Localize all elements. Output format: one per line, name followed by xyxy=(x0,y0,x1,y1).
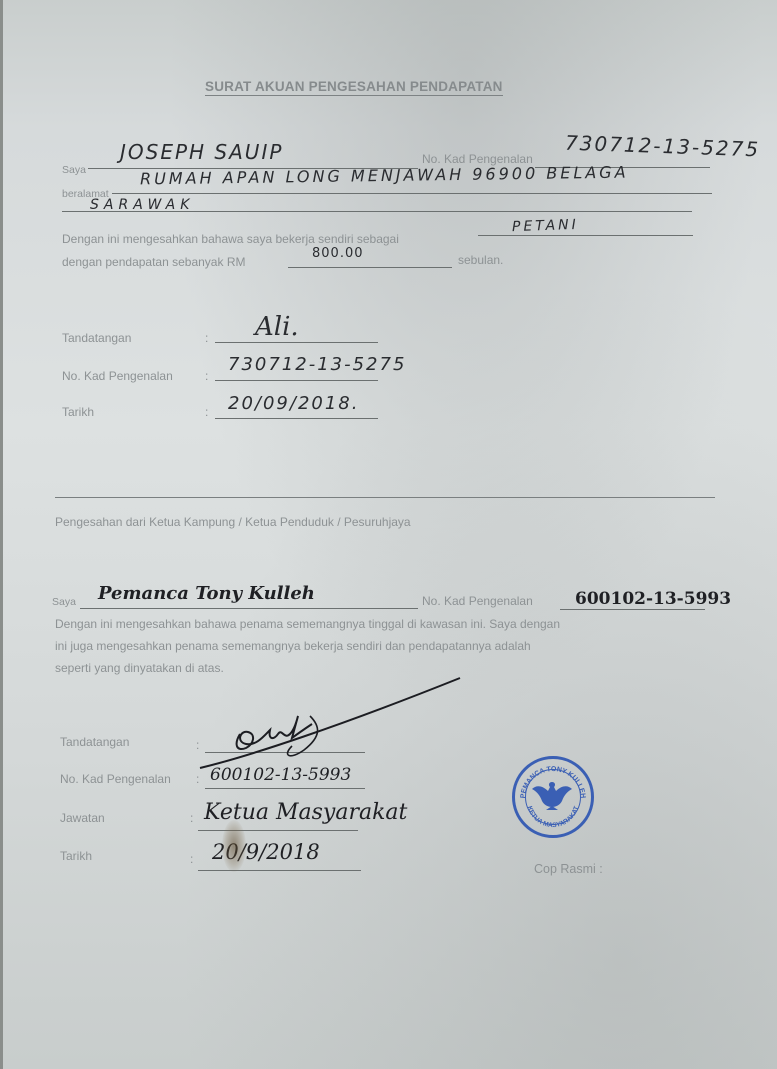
occupation-field[interactable]: PETANI xyxy=(512,217,579,235)
applicant-ic-field[interactable]: 730712-13-5275 xyxy=(565,131,761,162)
verifier-date-line xyxy=(198,870,361,871)
verification-heading: Pengesahan dari Ketua Kampung / Ketua Pe… xyxy=(55,515,411,529)
applicant-date-field[interactable]: 20/09/2018. xyxy=(228,393,359,414)
verifier-saya-label: Saya xyxy=(52,596,76,608)
document-title: SURAT AKUAN PENGESAHAN PENDAPATAN xyxy=(205,79,503,96)
ic-label-2: No. Kad Pengenalan xyxy=(62,369,173,383)
position-line xyxy=(198,830,358,831)
verifier-name-line xyxy=(80,608,418,609)
paper-stain xyxy=(222,820,246,872)
stamp-inner-ring xyxy=(525,769,581,825)
verifier-ic-line xyxy=(560,609,705,610)
colon: : xyxy=(190,852,193,866)
income-line xyxy=(288,267,452,268)
verifier-name-field[interactable]: Pemanca Tony Kulleh xyxy=(98,583,315,604)
official-stamp: PEMANCA TONY KULLEH KETUA MASYARAKAT xyxy=(512,756,594,838)
date-line xyxy=(215,418,378,419)
verifier-ic-line-2 xyxy=(205,788,365,789)
colon: : xyxy=(190,811,193,825)
date-label: Tarikh xyxy=(62,405,94,419)
address-line-1 xyxy=(112,193,712,194)
occupation-line xyxy=(478,235,693,236)
hornbill-emblem-icon xyxy=(526,770,579,823)
ic-line-2 xyxy=(215,380,378,381)
colon: : xyxy=(205,405,208,419)
income-suffix: sebulan. xyxy=(458,253,503,267)
saya-label: Saya xyxy=(62,164,86,176)
paper-edge xyxy=(0,0,3,1069)
position-label: Jawatan xyxy=(60,811,105,825)
statement-line-1: Dengan ini mengesahkan bahawa penama sem… xyxy=(55,613,560,635)
occupation-text: Dengan ini mengesahkan bahawa saya beker… xyxy=(62,232,399,246)
address-line1-field[interactable]: RUMAH APAN LONG MENJAWAH 96900 BELAGA xyxy=(140,163,629,189)
applicant-ic-field-2[interactable]: 730712-13-5275 xyxy=(228,354,406,375)
colon: : xyxy=(205,331,208,345)
verifier-ic-label-2: No. Kad Pengenalan xyxy=(60,772,171,786)
signature-label: Tandatangan xyxy=(62,331,131,345)
colon: : xyxy=(196,772,199,786)
stamp-label: Cop Rasmi : xyxy=(534,862,603,876)
signature-line xyxy=(215,342,378,343)
applicant-signature-field[interactable]: Ali. xyxy=(255,312,299,342)
colon: : xyxy=(205,369,208,383)
address-line2-field[interactable]: SARAWAK xyxy=(90,197,194,213)
verifier-ic-field[interactable]: 600102-13-5993 xyxy=(575,589,731,609)
applicant-name-field[interactable]: JOSEPH SAUIP xyxy=(120,140,283,164)
verifier-signature-label: Tandatangan xyxy=(60,735,129,749)
section-divider xyxy=(55,497,715,498)
verifier-ic-field-2[interactable]: 600102-13-5993 xyxy=(210,765,351,785)
paper-background xyxy=(0,0,777,1069)
income-amount-field[interactable]: 800.00 xyxy=(312,246,364,261)
verification-statement: Dengan ini mengesahkan bahawa penama sem… xyxy=(55,613,560,679)
verifier-ic-label: No. Kad Pengenalan xyxy=(422,594,533,608)
income-text: dengan pendapatan sebanyak RM xyxy=(62,255,245,269)
statement-line-2: ini juga mengesahkan penama sememangnya … xyxy=(55,635,560,657)
verifier-signature-field[interactable] xyxy=(160,676,465,776)
verifier-date-label: Tarikh xyxy=(60,849,92,863)
